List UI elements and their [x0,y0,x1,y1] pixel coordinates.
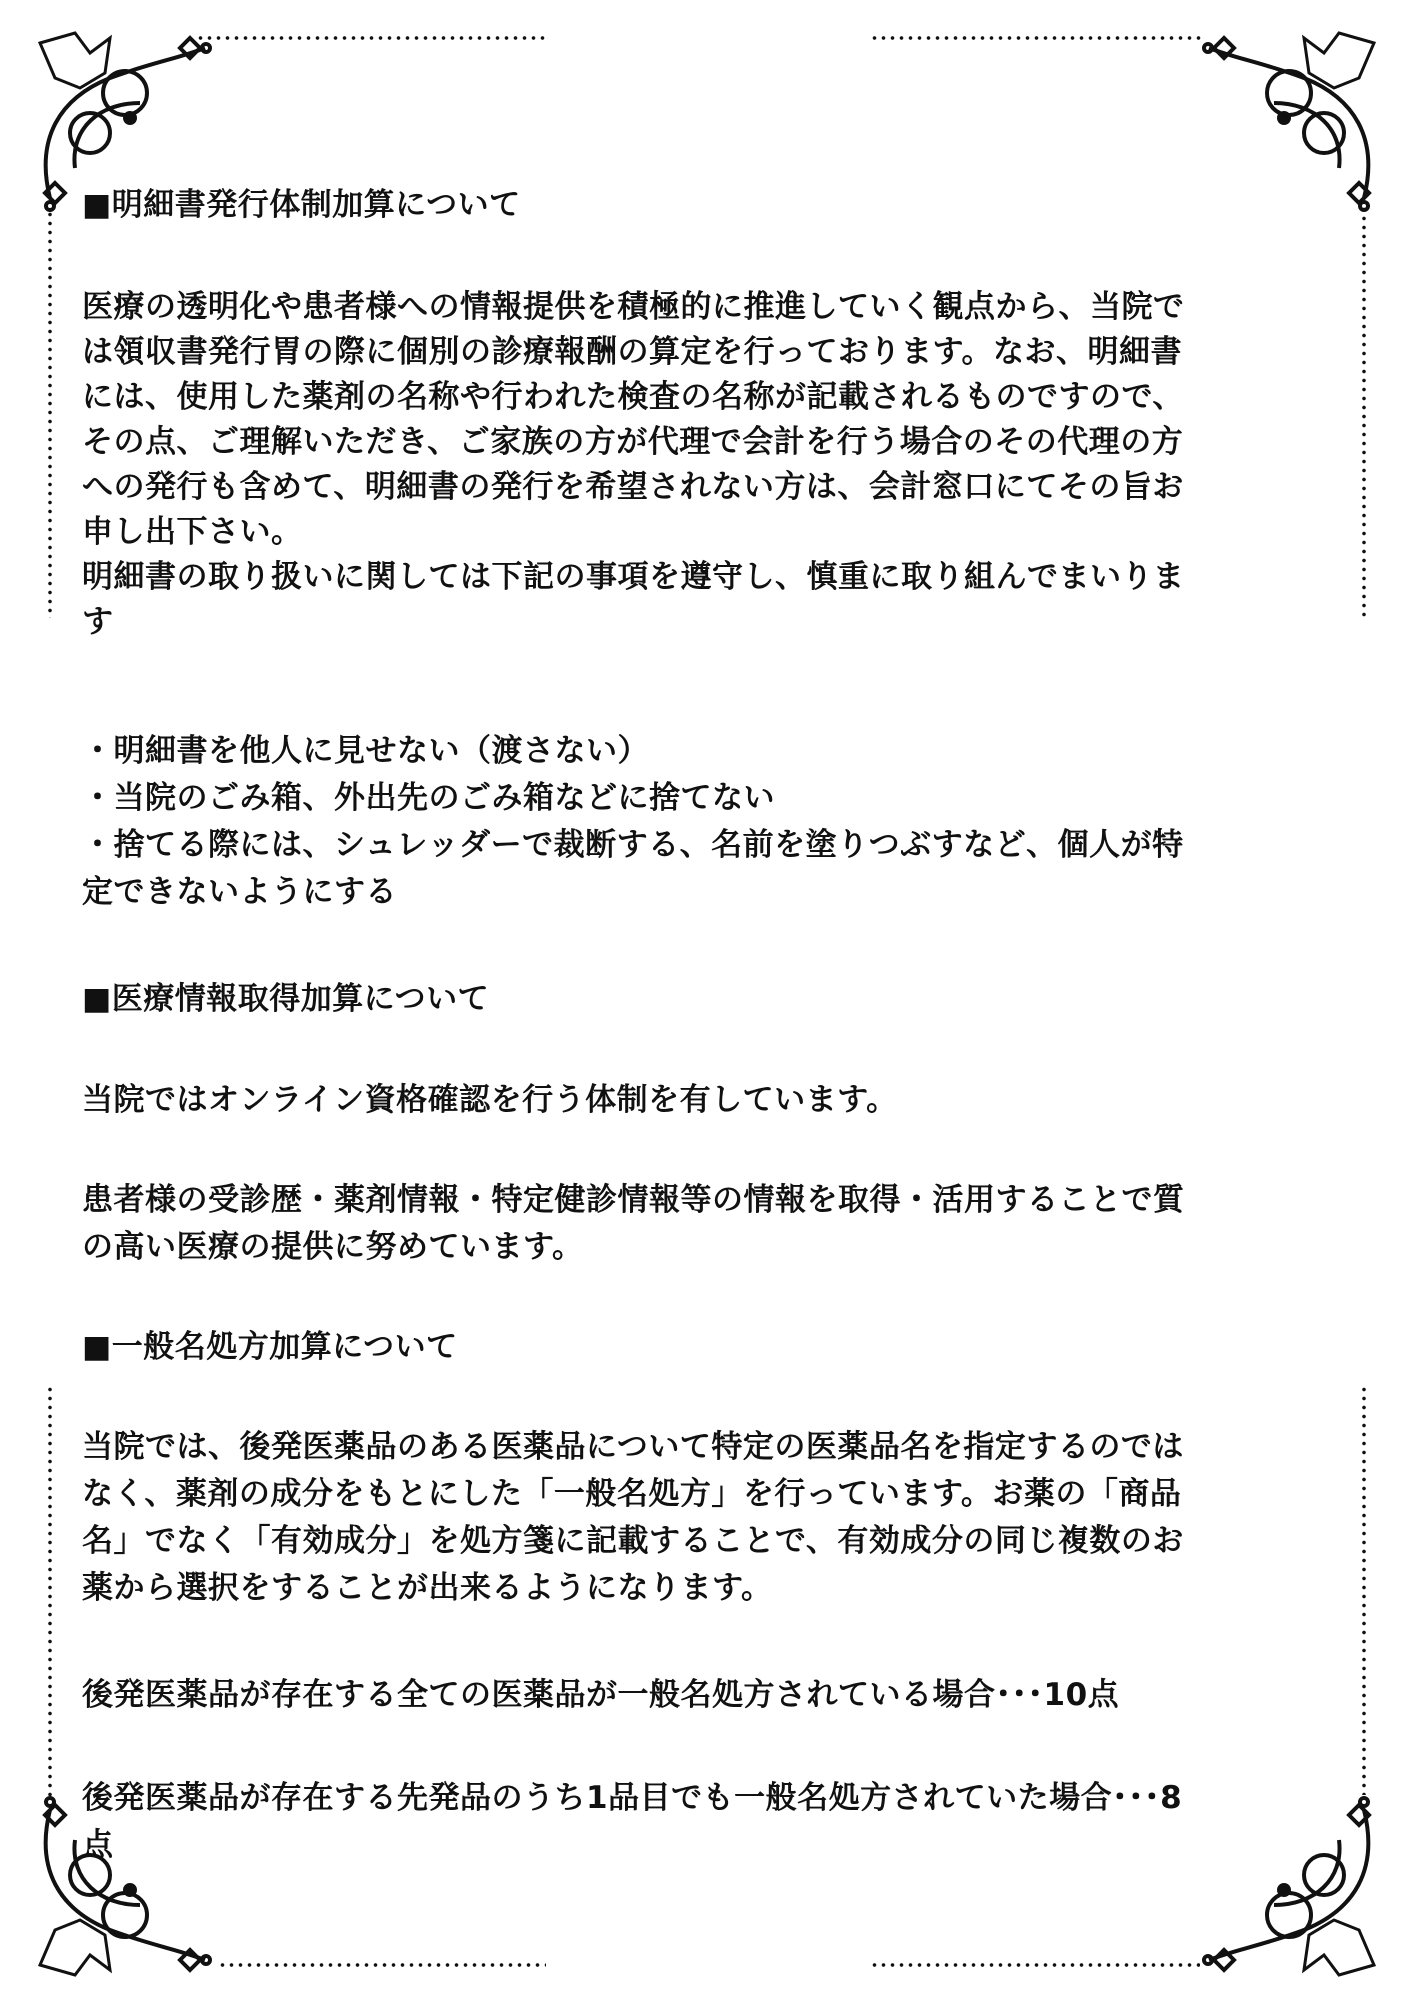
bullet-item: ・捨てる際には、シュレッダーで裁断する、名前を塗りつぶすなど、個人が特 [82,822,1342,869]
frame-right-upper-dots [1362,205,1366,618]
section-paragraph-statement-issuance: 医療の透明化や患者様への情報提供を積極的に推進していく観点から、当院で は領収書… [82,285,1342,645]
section-heading-medical-info-acquisition: ■医療情報取得加算について [82,976,1342,1023]
paragraph-line: の高い医療の提供に努めています。 [82,1224,1342,1271]
heading-text: ■一般名処方加算について [82,1324,1342,1371]
paragraph-line: には、使用した薬剤の名称や行われた検査の名称が記載されるものですので、 [82,375,1342,420]
paragraph-line: 明細書の取り扱いに関しては下記の事項を遵守し、慎重に取り組んでまいりま [82,555,1342,600]
heading-text: ■明細書発行体制加算について [82,182,1342,229]
paragraph-line: 当院では、後発医薬品のある医薬品について特定の医薬品名を指定するのでは [82,1424,1342,1471]
frame-bottom-right-dots [870,1963,1200,1967]
paragraph-line: への発行も含めて、明細書の発行を希望されない方は、会計窓口にてその旨お [82,465,1342,510]
section-heading-statement-issuance: ■明細書発行体制加算について [82,182,1342,229]
paragraph-line: 当院ではオンライン資格確認を行う体制を有しています。 [82,1077,1342,1124]
frame-left-upper-dots [48,210,52,618]
paragraph-line: す [82,600,1342,645]
bullet-item: ・明細書を他人に見せない（渡さない） [82,728,1342,775]
bullet-list-statement-handling: ・明細書を他人に見せない（渡さない） ・当院のごみ箱、外出先のごみ箱などに捨てな… [82,728,1342,916]
paragraph-line: 患者様の受診歴・薬剤情報・特定健診情報等の情報を取得・活用することで質 [82,1177,1342,1224]
paragraph-line: 名」でなく「有効成分」を処方箋に記載することで、有効成分の同じ複数のお [82,1518,1342,1565]
document-page: ■明細書発行体制加算について 医療の透明化や患者様への情報提供を積極的に推進して… [0,0,1414,2000]
frame-right-lower-dots [1362,1385,1366,1795]
paragraph-online-qualification: 当院ではオンライン資格確認を行う体制を有しています。 [82,1077,1342,1124]
points-line-continuation: 点 [82,1822,1342,1869]
paragraph-line: なく、薬剤の成分をもとにした「一般名処方」を行っています。お薬の「商品 [82,1471,1342,1518]
frame-bottom-left-dots [218,1963,546,1967]
points-all-generic: 後発医薬品が存在する全ての医薬品が一般名処方されている場合･･･10点 [82,1672,1342,1719]
bullet-item: ・当院のごみ箱、外出先のごみ箱などに捨てない [82,775,1342,822]
frame-top-right-dots [870,36,1204,40]
frame-top-left-dots [196,36,546,40]
paragraph-line: 薬から選択をすることが出来るようになります。 [82,1565,1342,1612]
points-one-generic: 後発医薬品が存在する先発品のうち1品目でも一般名処方されていた場合･･･8 点 [82,1775,1342,1869]
paragraph-generic-prescription: 当院では、後発医薬品のある医薬品について特定の医薬品名を指定するのでは なく、薬… [82,1424,1342,1612]
paragraph-line: 医療の透明化や患者様への情報提供を積極的に推進していく観点から、当院で [82,285,1342,330]
points-line: 後発医薬品が存在する全ての医薬品が一般名処方されている場合･･･10点 [82,1672,1342,1719]
points-line: 後発医薬品が存在する先発品のうち1品目でも一般名処方されていた場合･･･8 [82,1775,1342,1822]
paragraph-line: は領収書発行胃の際に個別の診療報酬の算定を行っております。なお、明細書 [82,330,1342,375]
paragraph-line: その点、ご理解いただき、ご家族の方が代理で会計を行う場合のその代理の方 [82,420,1342,465]
frame-left-lower-dots [48,1385,52,1800]
paragraph-info-utilization: 患者様の受診歴・薬剤情報・特定健診情報等の情報を取得・活用することで質 の高い医… [82,1177,1342,1271]
paragraph-line: 申し出下さい。 [82,510,1342,555]
bullet-item-continuation: 定できないようにする [82,869,1342,916]
section-heading-generic-prescription: ■一般名処方加算について [82,1324,1342,1371]
heading-text: ■医療情報取得加算について [82,976,1342,1023]
